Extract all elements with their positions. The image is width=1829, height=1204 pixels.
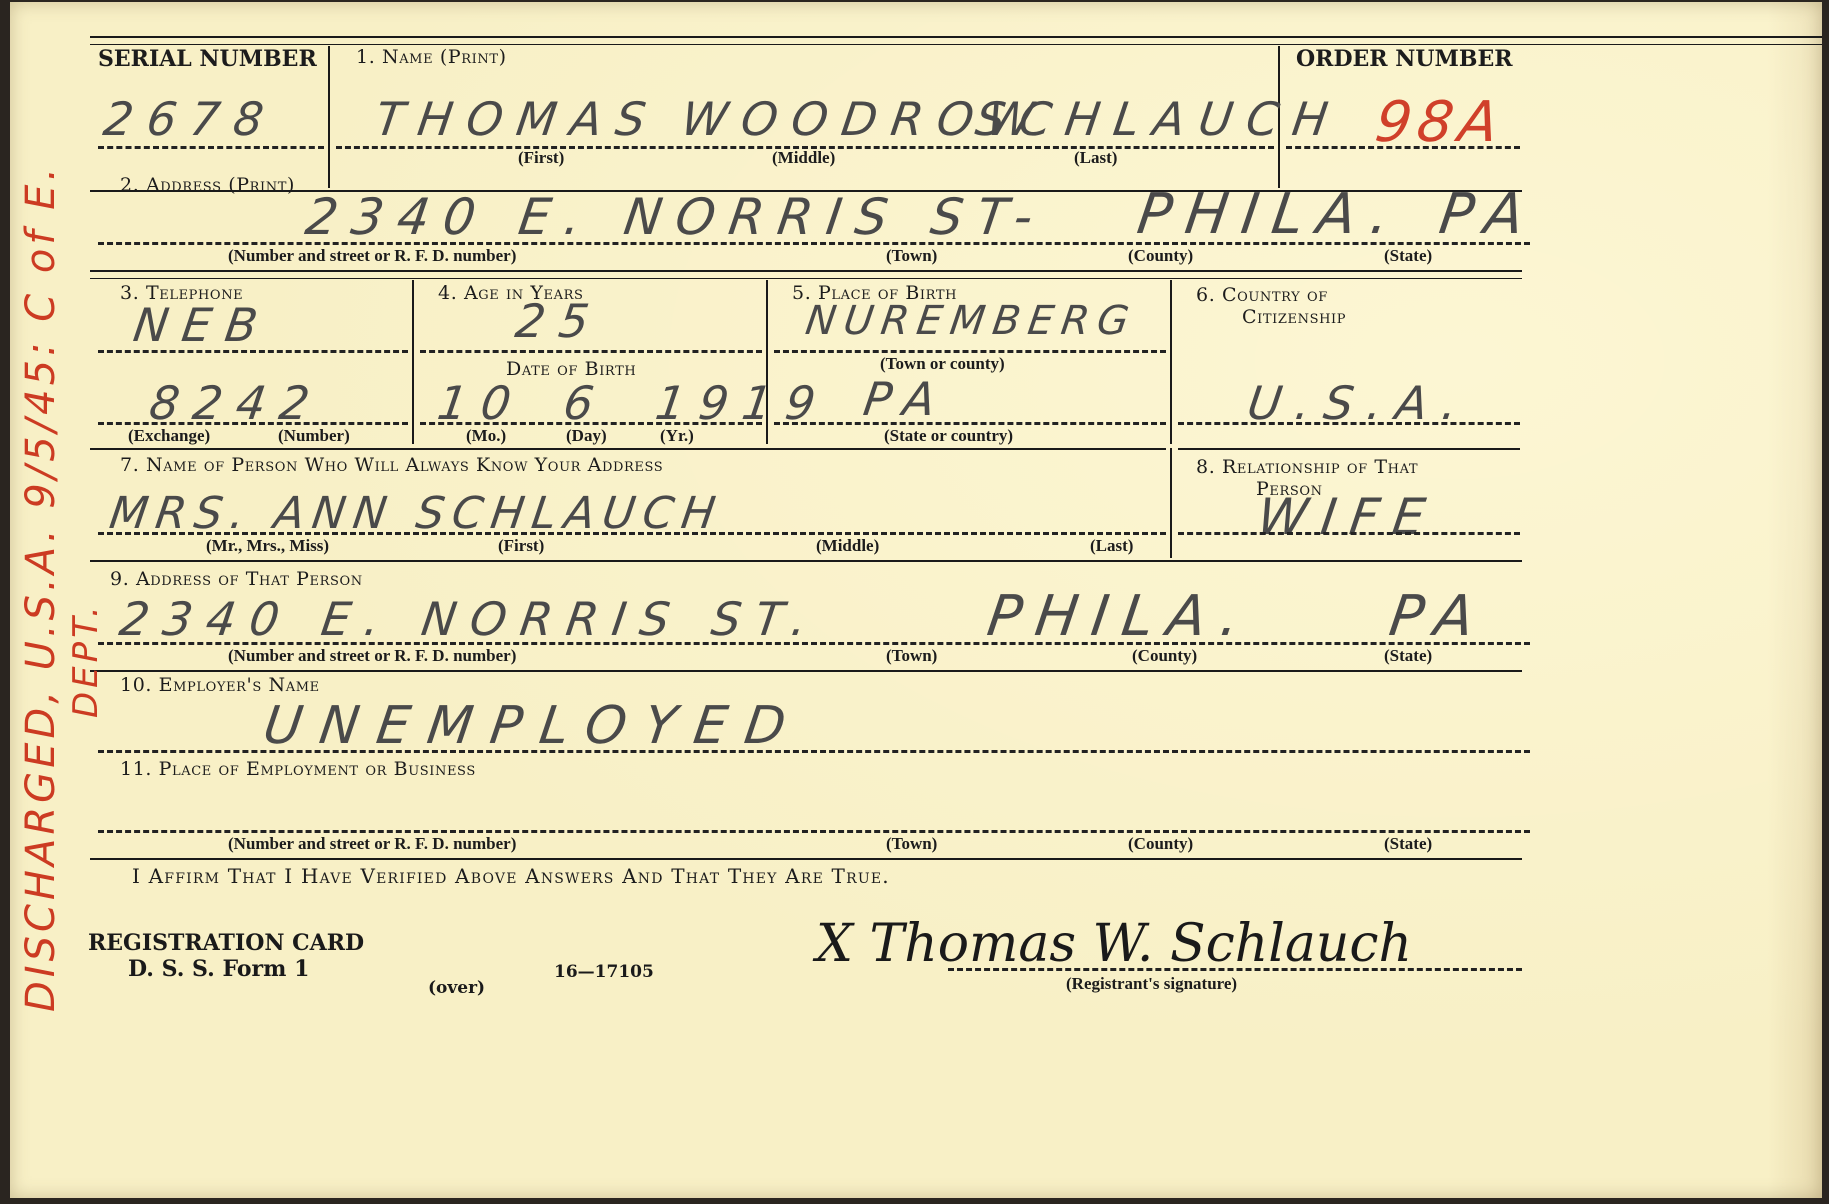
state-or-country-caption: (State or country) [884,426,1013,446]
divider [328,46,330,188]
employment-street-caption: (Number and street or R. F. D. number) [228,834,516,854]
order-number-label: ORDER NUMBER [1296,46,1513,72]
street-caption: (Number and street or R. F. D. number) [228,246,516,266]
contact-address-label: 9. Address of That Person [110,568,363,590]
month-caption: (Mo.) [466,426,506,446]
employment-town-caption: (Town) [886,834,937,854]
dotted-line [98,750,1530,753]
address-street-value: 2340 E. NORRIS ST- [302,188,1050,246]
form-title: REGISTRATION CARD [88,930,364,956]
dotted-line [98,422,408,425]
divider [1170,280,1172,444]
exchange-caption: (Exchange) [128,426,210,446]
top-rule [90,36,1822,38]
age-value: 25 [512,294,606,348]
affirmation-text: I Affirm That I Have Verified Above Answ… [132,864,890,888]
dotted-line [98,642,1530,645]
citizenship-label-2: Citizenship [1242,306,1346,328]
telephone-exchange-value: NEB [130,298,275,352]
row-rule [90,560,1522,562]
relationship-value: WIFE [1254,488,1443,546]
dotted-line [774,422,1166,425]
divider [412,280,414,444]
place-of-employment-label: 11. Place of Employment or Business [120,758,476,780]
contact-first-caption: (First) [498,536,544,556]
dotted-line [1178,532,1520,535]
town-caption: (Town) [886,246,937,266]
row-rule [90,858,1522,860]
address-state-value: PA [1435,182,1541,247]
year-caption: (Yr.) [660,426,694,446]
state-caption: (State) [1384,246,1432,266]
over-label: (over) [428,978,485,998]
registration-card: SERIAL NUMBER 1. Name (Print) ORDER NUMB… [10,2,1822,1198]
contact-street-value: 2340 E. NORRIS ST. [116,592,824,646]
dotted-line [98,830,1530,833]
dotted-line [420,350,762,353]
dotted-line [1178,422,1520,425]
dotted-line [98,350,408,353]
address-label: 2. Address (Print) [120,174,295,196]
name-last-value: SCHLAUCH [972,92,1345,146]
contact-state-value: PA [1385,584,1491,649]
first-caption: (First) [518,148,564,168]
contact-person-label: 7. Name of Person Who Will Always Know Y… [120,454,663,476]
employer-label: 10. Employer's Name [120,674,320,696]
number-caption: (Number) [278,426,350,446]
address-town-value: PHILA. [1133,182,1407,247]
birth-town-value: NUREMBERG [803,298,1140,344]
employment-county-caption: (County) [1128,834,1193,854]
birth-state-value: PA [860,372,953,426]
row-rule [90,448,1166,450]
serial-number-label: SERIAL NUMBER [98,46,317,72]
row-rule [90,270,1522,272]
dotted-line [98,242,1530,245]
signature-caption: (Registrant's signature) [1066,974,1237,994]
contact-middle-caption: (Middle) [816,536,879,556]
contact-town-value: PHILA. [983,584,1257,649]
employment-state-caption: (State) [1384,834,1432,854]
dotted-line [98,146,324,149]
dotted-line [420,422,762,425]
serial-number-value: 2678 [100,92,281,146]
contact-state-caption: (State) [1384,646,1432,666]
relationship-label-1: 8. Relationship of That [1196,456,1418,478]
row-rule [1178,448,1520,450]
contact-last-caption: (Last) [1090,536,1133,556]
signature-line [948,968,1522,971]
margin-annotation: DISCHARGED, U.S.A. 9/5/45: C of E. [18,164,64,1012]
salutation-caption: (Mr., Mrs., Miss) [206,536,329,556]
print-code: 16—17105 [554,962,654,982]
divider [1170,448,1172,558]
dotted-line [1286,146,1520,149]
last-caption: (Last) [1074,148,1117,168]
day-caption: (Day) [566,426,607,446]
employer-value: UNEMPLOYED [260,696,807,756]
citizenship-label-1: 6. Country of [1196,284,1328,306]
dotted-line [774,350,1166,353]
margin-annotation-dept: DEPT. [66,602,106,718]
name-first-value: THOMAS [372,92,663,146]
top-rule-2 [90,44,1822,45]
contact-county-caption: (County) [1132,646,1197,666]
middle-caption: (Middle) [772,148,835,168]
row-rule-2 [90,278,1522,279]
dotted-line [98,532,1166,535]
town-or-county-caption: (Town or county) [880,354,1005,374]
registrant-signature: X Thomas W. Schlauch [816,914,1412,974]
contact-street-caption: (Number and street or R. F. D. number) [228,646,516,666]
row-rule [90,670,1522,672]
contact-town-caption: (Town) [886,646,937,666]
name-label: 1. Name (Print) [356,46,507,68]
county-caption: (County) [1128,246,1193,266]
form-name: D. S. S. Form 1 [128,956,309,982]
